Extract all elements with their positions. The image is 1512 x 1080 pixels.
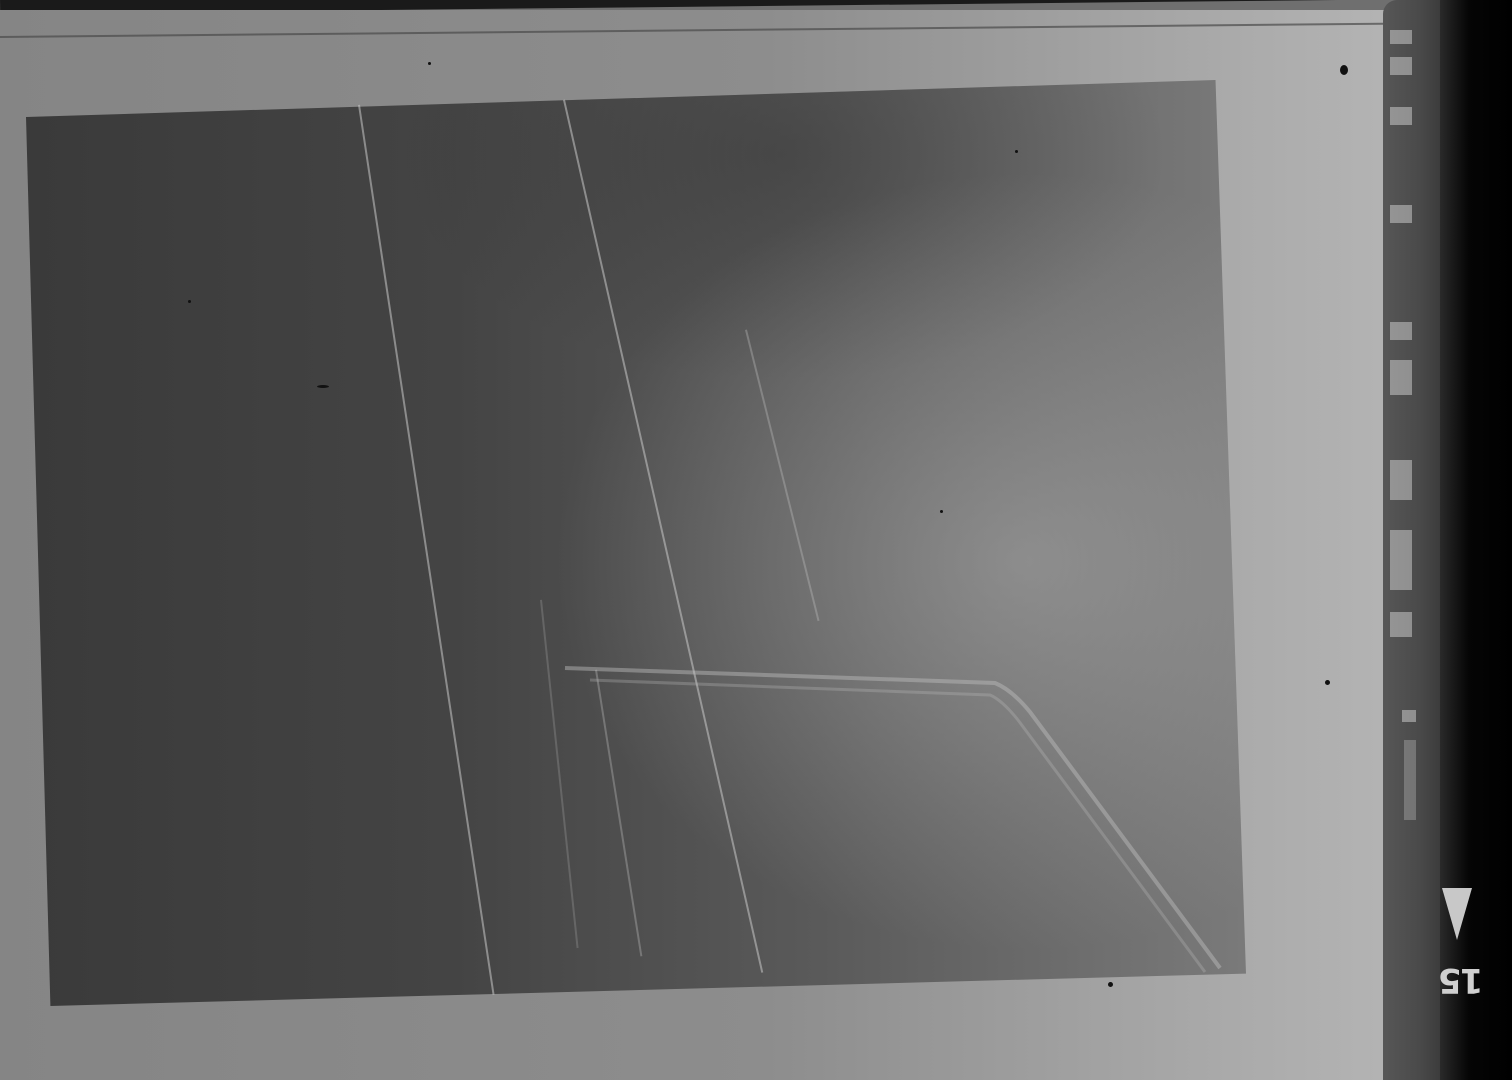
edge-code-block	[1390, 360, 1412, 395]
edge-code-block	[1404, 740, 1416, 820]
edge-code-block	[1390, 460, 1412, 500]
dust-speck	[188, 300, 191, 303]
triangle-marker-icon	[1442, 888, 1472, 940]
frame-number: 15	[1440, 960, 1483, 1000]
edge-code-block	[1390, 530, 1412, 590]
edge-code-block	[1390, 612, 1412, 637]
dust-speck	[428, 62, 431, 65]
dust-speck	[317, 385, 329, 388]
edge-code-block	[1390, 57, 1412, 75]
film-scan: 15	[0, 0, 1512, 1080]
edge-code-block	[1390, 205, 1412, 223]
dust-speck	[1015, 150, 1018, 153]
dust-speck	[1108, 982, 1113, 987]
edge-code-block	[1390, 30, 1412, 44]
dust-speck	[940, 510, 943, 513]
edge-code-block	[1390, 107, 1412, 125]
dust-speck	[1340, 65, 1348, 75]
edge-code-block	[1402, 710, 1416, 722]
dust-speck	[1325, 680, 1330, 685]
edge-code-block	[1390, 322, 1412, 340]
car-roof-outline	[0, 0, 1512, 1080]
